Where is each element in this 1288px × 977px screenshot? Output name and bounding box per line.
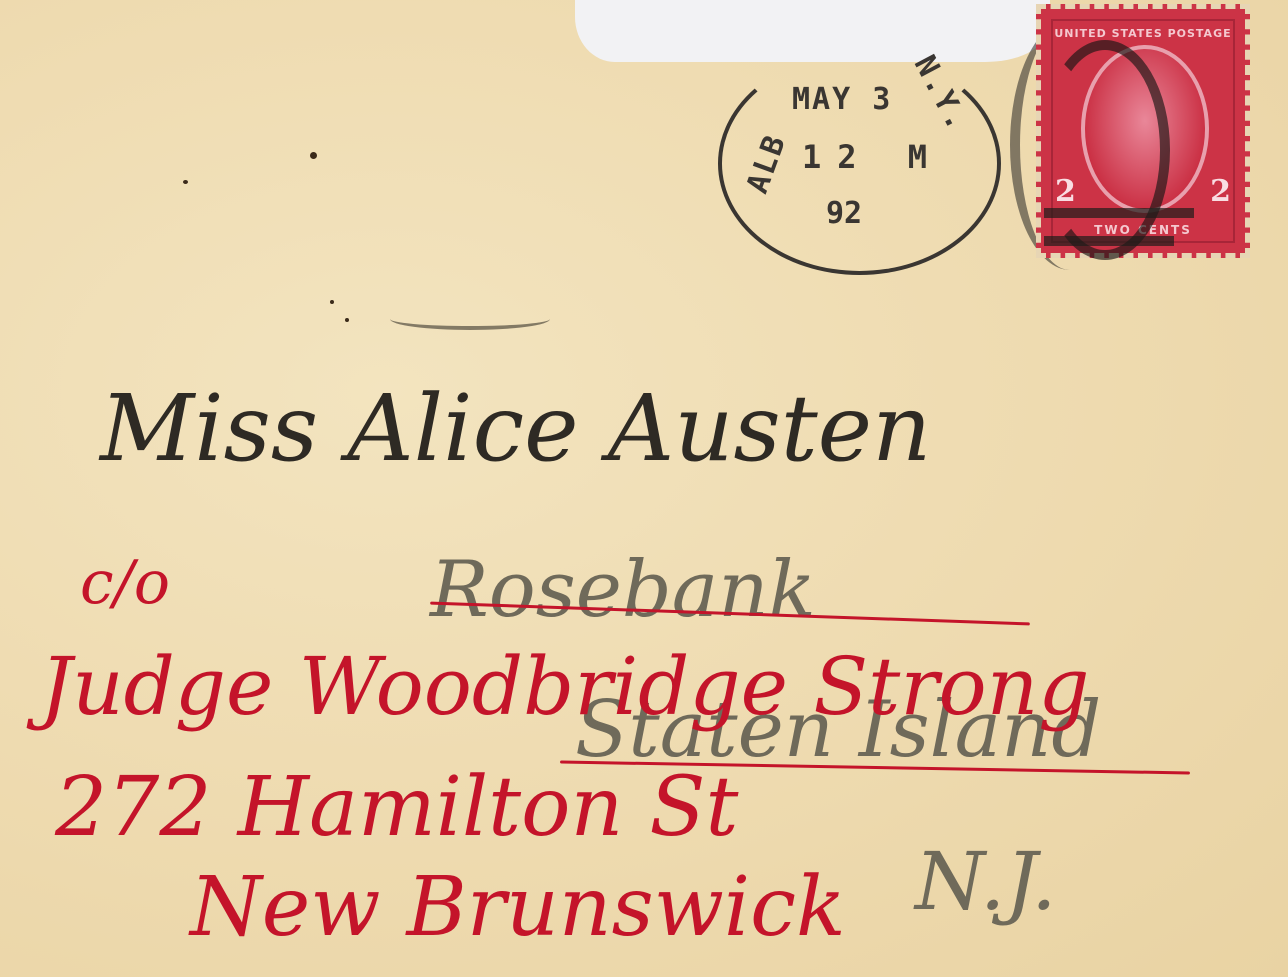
stamp-top-text: UNITED STATES POSTAGE (1041, 27, 1245, 40)
envelope: ALB MAY 3 N.Y. 12 M 92 UNITED STATES POS… (0, 0, 1288, 977)
addressee-name: Miss Alice Austen (100, 375, 931, 482)
postmark-year: 92 (826, 196, 862, 231)
postmark: ALB MAY 3 N.Y. 12 M 92 (718, 52, 1001, 275)
postmark-time: 12 M (802, 138, 943, 176)
stamp-cancellation-bar (1044, 208, 1194, 218)
postmark-city: ALB (740, 129, 793, 198)
forwarding-street: 272 Hamilton St (55, 760, 739, 855)
ink-spot (310, 152, 317, 159)
stamp-denomination-right: 2 (1210, 174, 1231, 209)
stamp-cancellation-ring (1040, 40, 1170, 260)
care-of: c/o (80, 548, 170, 618)
ink-spot (345, 318, 349, 322)
original-place: Rosebank (430, 545, 816, 635)
ink-smudge (390, 308, 550, 330)
postmark-date: MAY 3 (792, 82, 892, 117)
torn-edge (575, 0, 1045, 62)
forwarding-city: New Brunswick (190, 860, 846, 955)
forwarding-recipient: Judge Woodbridge Strong (40, 640, 1089, 733)
stamp-cancellation-bar (1044, 236, 1174, 246)
original-state: N.J. (915, 835, 1057, 928)
ink-spot (183, 180, 188, 184)
postmark-state: N.Y. (907, 50, 976, 137)
ink-spot (330, 300, 334, 304)
